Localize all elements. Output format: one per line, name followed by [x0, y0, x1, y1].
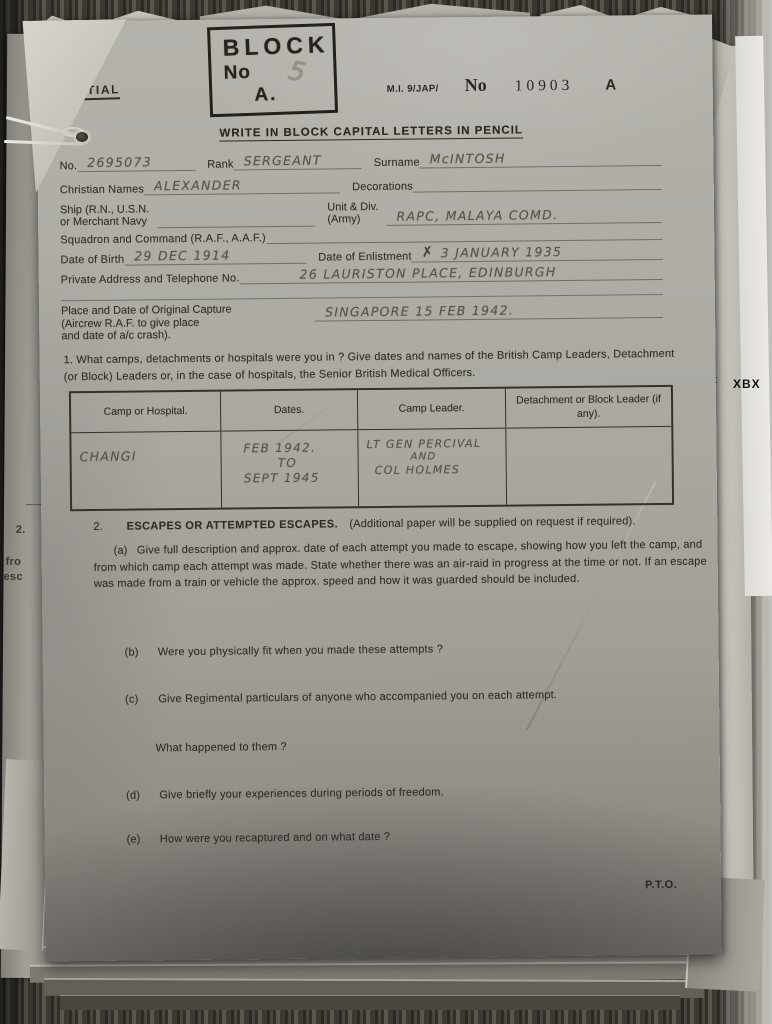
form-reference-line: M.I. 9/JAP/ No 10903 A — [387, 73, 617, 96]
cell-leader-line2: AND — [411, 451, 437, 464]
field-date-of-birth-value-line: 29 DEC 1914 — [124, 247, 306, 266]
question-a-text: Give full description and approx. date o… — [94, 539, 707, 590]
enlistment-scribble-mark: ✗ — [421, 244, 436, 261]
form-ref-no-label: No — [465, 75, 487, 96]
question-e-text: How were you recaptured and on what date… — [160, 831, 390, 845]
row-capture: Place and Date of Original Capture (Airc… — [61, 299, 663, 343]
field-no-value: 2695073 — [87, 154, 152, 170]
hole-punch — [76, 132, 88, 142]
field-capture-value: SINGAPORE 15 FEB 1942. — [325, 303, 514, 320]
question-b: (b) Were you physically fit when you mad… — [125, 643, 443, 658]
field-surname-value-line: McINTOSH — [420, 149, 662, 169]
field-squadron-value-line — [266, 225, 663, 244]
field-date-of-birth-label: Date of Birth — [60, 254, 124, 267]
field-surname-label: Surname — [374, 157, 420, 169]
field-unit-div-label: Unit & Div. (Army) — [327, 201, 378, 227]
field-squadron-label: Squadron and Command (R.A.F., A.A.F.) — [60, 232, 266, 246]
form-serial-number: 10903 — [515, 77, 574, 96]
field-rank-value-line: SERGEANT — [234, 152, 362, 170]
cell-dates: FEB 1942. TO SEPT 1945 — [221, 430, 359, 507]
stamp-line-no: No — [223, 59, 328, 85]
section2-number: 2. — [93, 521, 123, 533]
cell-leader-line3: COL HOLMES — [375, 463, 461, 478]
section2-heading: 2. ESCAPES OR ATTEMPTED ESCAPES. (Additi… — [93, 515, 709, 533]
question-c-tag: (c) — [125, 693, 155, 705]
question-c2-text: What happened to them ? — [156, 741, 287, 754]
pto-label: P.T.O. — [645, 879, 677, 891]
field-no-label: No. — [59, 160, 77, 172]
fragment-from: fro — [6, 556, 22, 568]
question-a-tag: (a) — [114, 545, 128, 557]
field-no-value-line: 2695073 — [77, 154, 195, 172]
field-ship-label: Ship (R.N., U.S.N. or Merchant Navy — [60, 203, 150, 229]
fragment-section-number: 2. — [16, 524, 26, 536]
question-e-tag: (e) — [127, 833, 157, 845]
field-surname-value: McINTOSH — [430, 151, 506, 167]
cell-dates-line2: TO — [278, 456, 298, 471]
bottom-page-edge — [60, 995, 680, 1010]
question-e: (e) How were you recaptured and on what … — [127, 831, 391, 846]
question-d-text: Give briefly your experiences during per… — [159, 786, 444, 801]
cell-detachment — [506, 427, 672, 505]
question-c2: What happened to them ? — [156, 741, 287, 754]
col-header-camp: Camp or Hospital. — [71, 392, 221, 434]
field-capture-label: Place and Date of Original Capture (Airc… — [61, 303, 307, 343]
field-rank-label: Rank — [207, 158, 234, 170]
col-header-leader: Camp Leader. — [358, 389, 506, 431]
cell-leader: LT GEN PERCIVAL AND COL HOLMES — [358, 429, 507, 507]
form-page: NTIAL BLOCK No A. 5 M.I. 9/JAP/ No 10903… — [36, 14, 722, 961]
row-no-rank-surname: No. 2695073 Rank SERGEANT Surname McINTO… — [59, 146, 661, 172]
cell-dates-line1: FEB 1942. — [243, 441, 316, 457]
photographed-document-scene: 2. fro esc (d (e ent XBX NTIAL BLOCK No … — [0, 0, 772, 1024]
question-a: (a) Give full description and approx. da… — [93, 536, 711, 592]
camps-table: Camp or Hospital. Dates. Camp Leader. De… — [69, 385, 674, 511]
stamp-line-block: BLOCK — [222, 31, 327, 62]
question-b-text: Were you physically fit when you made th… — [158, 643, 443, 658]
field-address-label: Private Address and Telephone No. — [61, 272, 240, 286]
instruction-heading: WRITE IN BLOCK CAPITAL LETTERS IN PENCIL — [191, 120, 551, 142]
section2-note: (Additional paper will be supplied on re… — [349, 515, 635, 530]
question-d: (d) Give briefly your experiences during… — [126, 786, 444, 801]
cell-leader-line1: LT GEN PERCIVAL — [366, 437, 481, 452]
question-c: (c) Give Regimental particulars of anyon… — [125, 689, 557, 706]
field-unit-div-value: RAPC, MALAYA COMD. — [396, 207, 558, 224]
fragment-escape: esc — [3, 571, 22, 583]
field-date-of-enlistment-label: Date of Enlistment — [318, 251, 412, 264]
question-c-text: Give Regimental particulars of anyone wh… — [158, 689, 557, 705]
cell-camp: CHANGI — [71, 432, 222, 510]
section2-title: ESCAPES OR ATTEMPTED ESCAPES. — [127, 518, 339, 532]
field-date-of-birth-value: 29 DEC 1914 — [134, 248, 230, 264]
question-d-tag: (d) — [126, 789, 156, 801]
col-header-detachment: Detachment or Block Leader (if any). — [506, 387, 671, 429]
cell-camp-value: CHANGI — [79, 449, 136, 465]
question-b-tag: (b) — [125, 646, 155, 658]
cell-dates-line3: SEPT 1945 — [244, 471, 320, 487]
field-date-of-enlistment-value-line: ✗ 3 JANUARY 1935 — [412, 242, 663, 263]
field-address-value: 26 LAURISTON PLACE, EDINBURGH — [299, 264, 556, 282]
question-1-text: 1. What camps, detachments or hospitals … — [63, 346, 677, 385]
form-ref-prefix: M.I. 9/JAP/ — [387, 83, 439, 95]
fragment-xbx: XBX — [733, 377, 761, 391]
field-capture-value-line: SINGAPORE 15 FEB 1942. — [315, 301, 663, 322]
field-rank-value: SERGEANT — [244, 153, 322, 169]
block-number-stamp: BLOCK No A. 5 — [207, 23, 338, 117]
form-series-letter: A — [605, 76, 616, 93]
col-header-dates: Dates. — [221, 390, 358, 431]
field-date-of-enlistment-value: 3 JANUARY 1935 — [441, 244, 563, 260]
